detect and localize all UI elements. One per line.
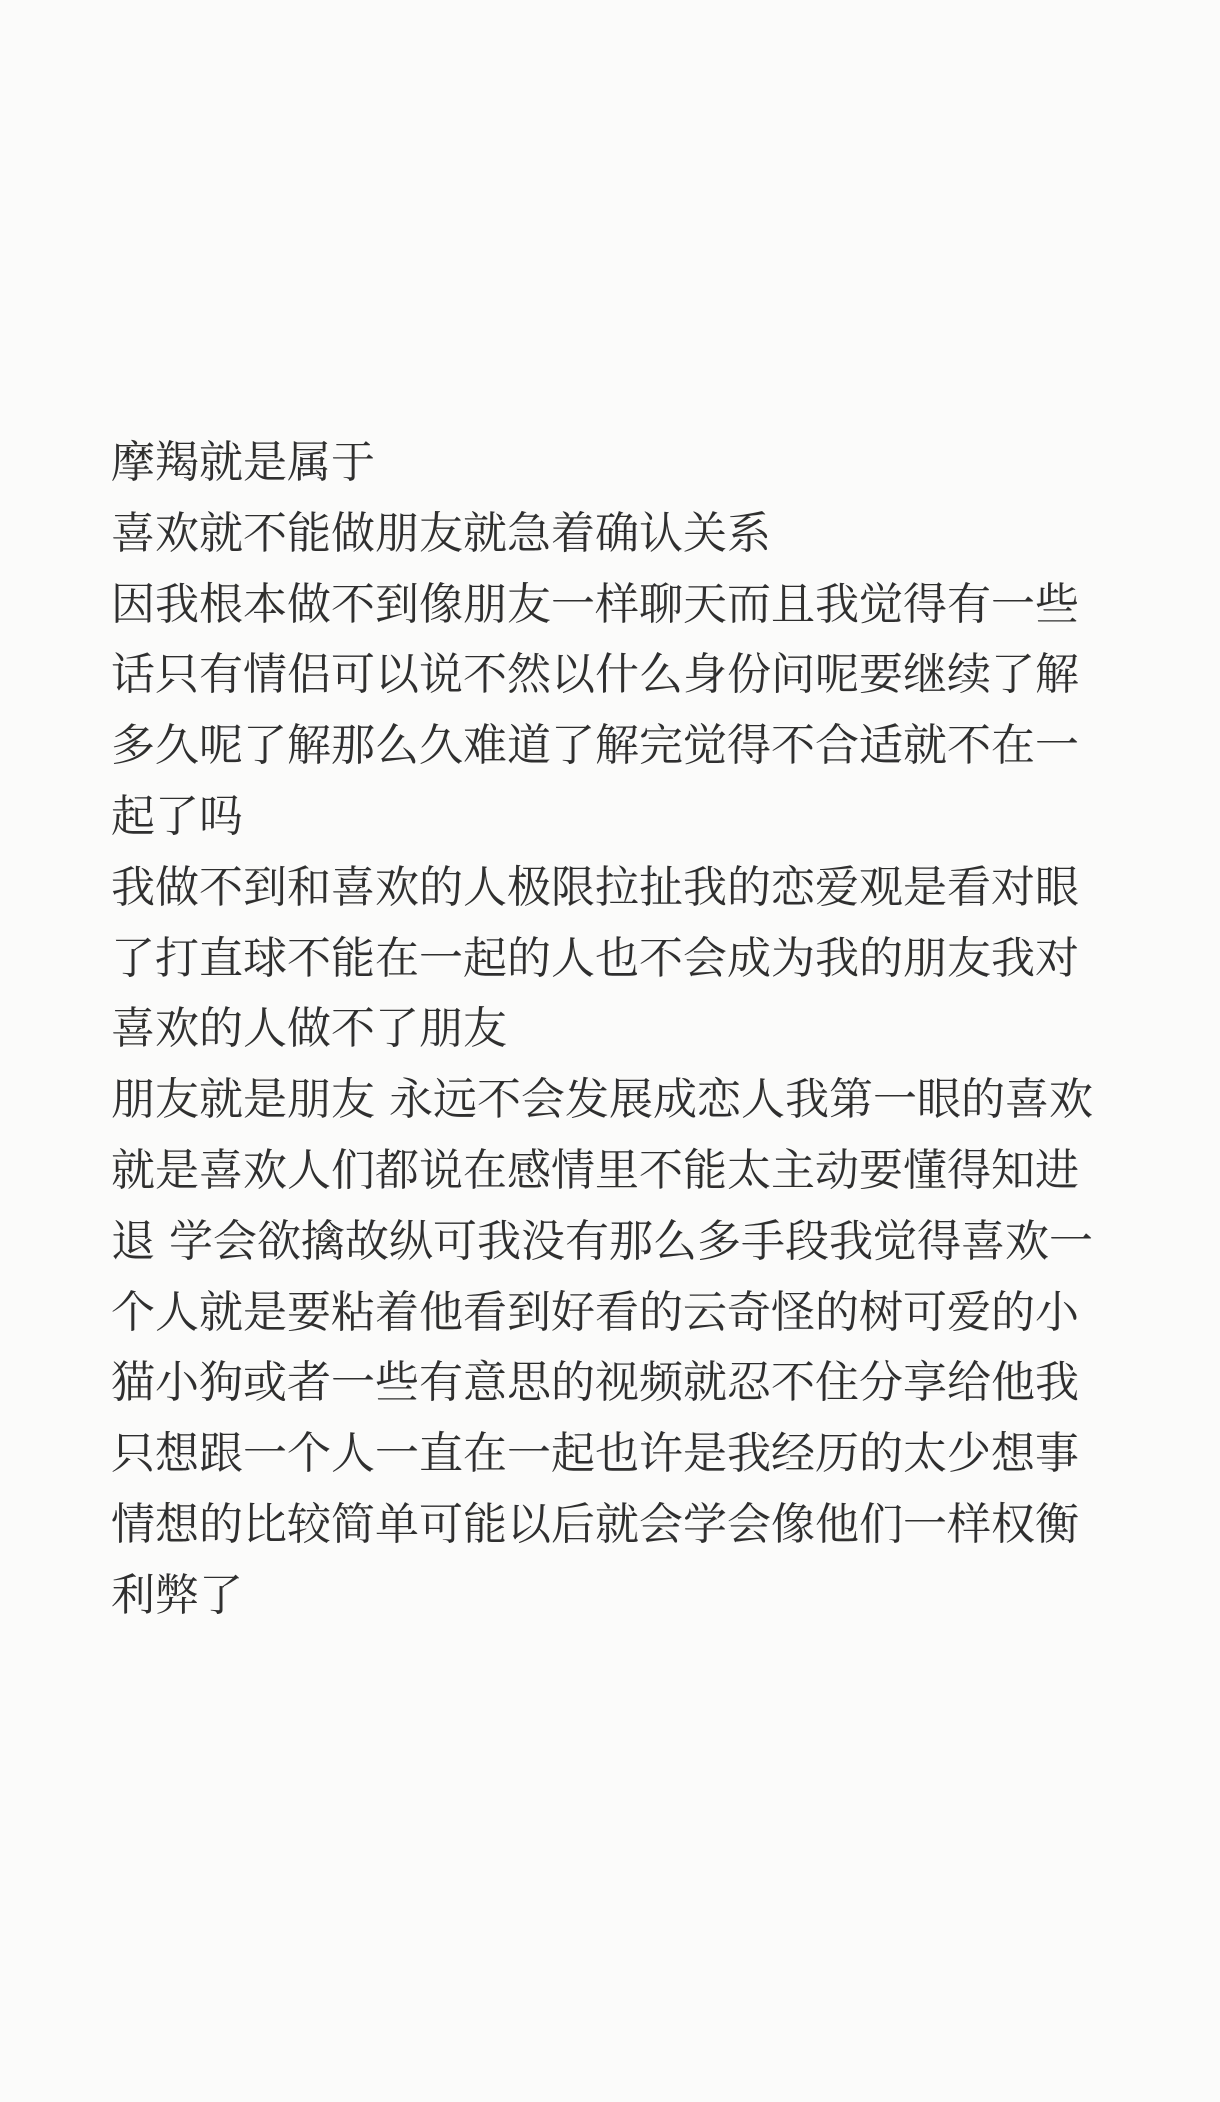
text-line: 我做不到和喜欢的人极限拉扯我的恋爱观是看对眼 [111, 853, 1111, 924]
page: 摩羯就是属于 喜欢就不能做朋友就急着确认关系 因我根本做不到像朋友一样聊天而且我… [0, 0, 1220, 2102]
text-line: 摩羯就是属于 [111, 428, 1111, 499]
text-line: 因我根本做不到像朋友一样聊天而且我觉得有一些 [111, 570, 1111, 641]
text-line: 了打直球不能在一起的人也不会成为我的朋友我对 [111, 924, 1111, 995]
text-line: 多久呢了解那么久难道了解完觉得不合适就不在一 [111, 711, 1111, 782]
text-line: 退 学会欲擒故纵可我没有那么多手段我觉得喜欢一 [111, 1207, 1111, 1278]
text-line: 只想跟一个人一直在一起也许是我经历的太少想事 [111, 1419, 1111, 1490]
text-line: 朋友就是朋友 永远不会发展成恋人我第一眼的喜欢 [111, 1065, 1111, 1136]
text-line: 个人就是要粘着他看到好看的云奇怪的树可爱的小 [111, 1278, 1111, 1349]
text-line: 就是喜欢人们都说在感情里不能太主动要懂得知进 [111, 1136, 1111, 1207]
text-line: 喜欢的人做不了朋友 [111, 994, 1111, 1065]
text-line: 喜欢就不能做朋友就急着确认关系 [111, 499, 1111, 570]
text-line: 起了吗 [111, 782, 1111, 853]
text-line: 情想的比较简单可能以后就会学会像他们一样权衡 [111, 1490, 1111, 1561]
text-block: 摩羯就是属于 喜欢就不能做朋友就急着确认关系 因我根本做不到像朋友一样聊天而且我… [111, 428, 1111, 1632]
text-line: 话只有情侣可以说不然以什么身份问呢要继续了解 [111, 640, 1111, 711]
text-line: 猫小狗或者一些有意思的视频就忍不住分享给他我 [111, 1348, 1111, 1419]
text-line: 利弊了 [111, 1561, 1111, 1632]
